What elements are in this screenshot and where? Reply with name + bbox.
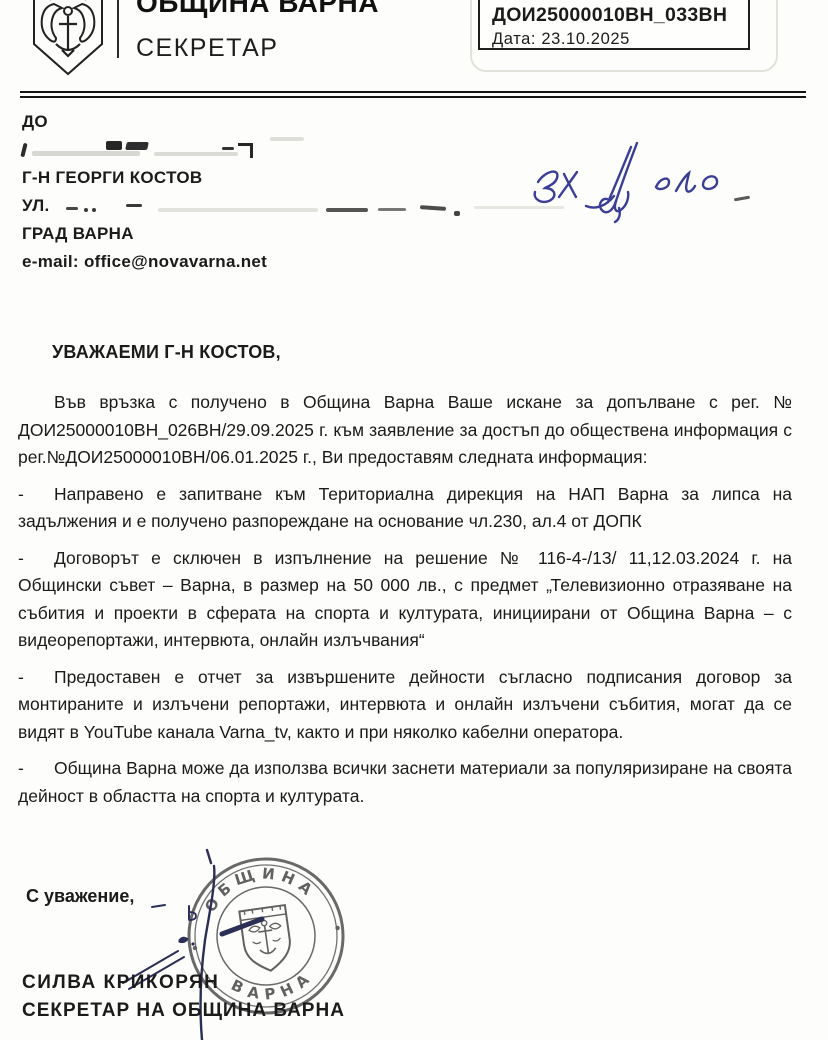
bullet-marker: - xyxy=(18,481,24,509)
redaction-mark xyxy=(326,208,368,212)
redaction-mark xyxy=(154,152,238,156)
signer-name: СИЛВА КРИКОРЯН xyxy=(22,972,219,994)
redaction-mark xyxy=(66,207,78,210)
email-label: e-mail: xyxy=(22,252,79,271)
org-title: ОБЩИНА ВАРНА xyxy=(136,0,379,19)
registration-stamp-box: ДОИ25000010ВН_033ВН Дата: 23.10.2025 xyxy=(478,0,750,50)
redaction-mark xyxy=(420,205,446,211)
header-divider xyxy=(117,0,119,58)
org-subtitle: СЕКРЕТАР xyxy=(136,34,278,63)
bullet-item: - Направено е запитване към Териториална… xyxy=(18,481,792,536)
registration-date: Дата: 23.10.2025 xyxy=(492,30,748,49)
bullet-marker: - xyxy=(18,755,24,783)
bullet-text: Направено е запитване към Териториална д… xyxy=(18,484,792,532)
letter-body: УВАЖАЕМИ Г-Н КОСТОВ, Във връзка с получе… xyxy=(18,342,792,819)
redaction-mark xyxy=(106,141,122,150)
redaction-mark xyxy=(378,208,406,211)
bullet-text: Договорът е сключен в изпълнение на реше… xyxy=(18,548,792,651)
salutation: УВАЖАЕМИ Г-Н КОСТОВ, xyxy=(52,342,792,363)
redaction-mark xyxy=(158,208,318,212)
redaction-mark xyxy=(32,151,140,156)
redaction-mark xyxy=(238,143,253,158)
email-value: office@novavarna.net xyxy=(84,252,267,271)
bullet-marker: - xyxy=(18,545,24,573)
bullet-text: Предоставен е отчет за извършените дейно… xyxy=(18,667,792,742)
signer-title: СЕКРЕТАР НА ОБЩИНА ВАРНА xyxy=(22,1000,345,1022)
redaction-mark xyxy=(270,137,304,141)
varna-coat-of-arms-icon xyxy=(26,0,110,82)
registration-number: ДОИ25000010ВН_033ВН xyxy=(492,4,748,27)
email-line: e-mail: office@novavarna.net xyxy=(22,252,802,272)
header-rule xyxy=(20,91,806,98)
redaction-mark xyxy=(125,142,149,150)
date-label: Дата: xyxy=(492,30,536,48)
handwritten-note xyxy=(518,138,788,243)
scanned-letter-page: ОБЩИНА ВАРНА СЕКРЕТАР ДОИ25000010ВН_033В… xyxy=(0,0,828,1040)
bullet-item: - Договорът е сключен в изпълнение на ре… xyxy=(18,545,792,655)
to-label: ДО xyxy=(22,112,802,132)
bullet-marker: - xyxy=(18,664,24,692)
street-label: УЛ. xyxy=(22,196,49,215)
redaction-mark xyxy=(92,208,96,212)
bullet-text: Община Варна може да използва всички зас… xyxy=(18,758,792,806)
redaction-mark xyxy=(20,143,27,158)
redaction-mark xyxy=(84,208,88,212)
intro-paragraph: Във връзка с получено в Община Варна Ваш… xyxy=(18,389,792,472)
redaction-mark xyxy=(454,211,460,216)
redaction-mark xyxy=(126,204,142,207)
redaction-mark xyxy=(222,147,234,150)
bullet-item: - Община Варна може да използва всички з… xyxy=(18,755,792,810)
date-value: 23.10.2025 xyxy=(541,30,630,48)
bullet-item: - Предоставен е отчет за извършените дей… xyxy=(18,664,792,747)
